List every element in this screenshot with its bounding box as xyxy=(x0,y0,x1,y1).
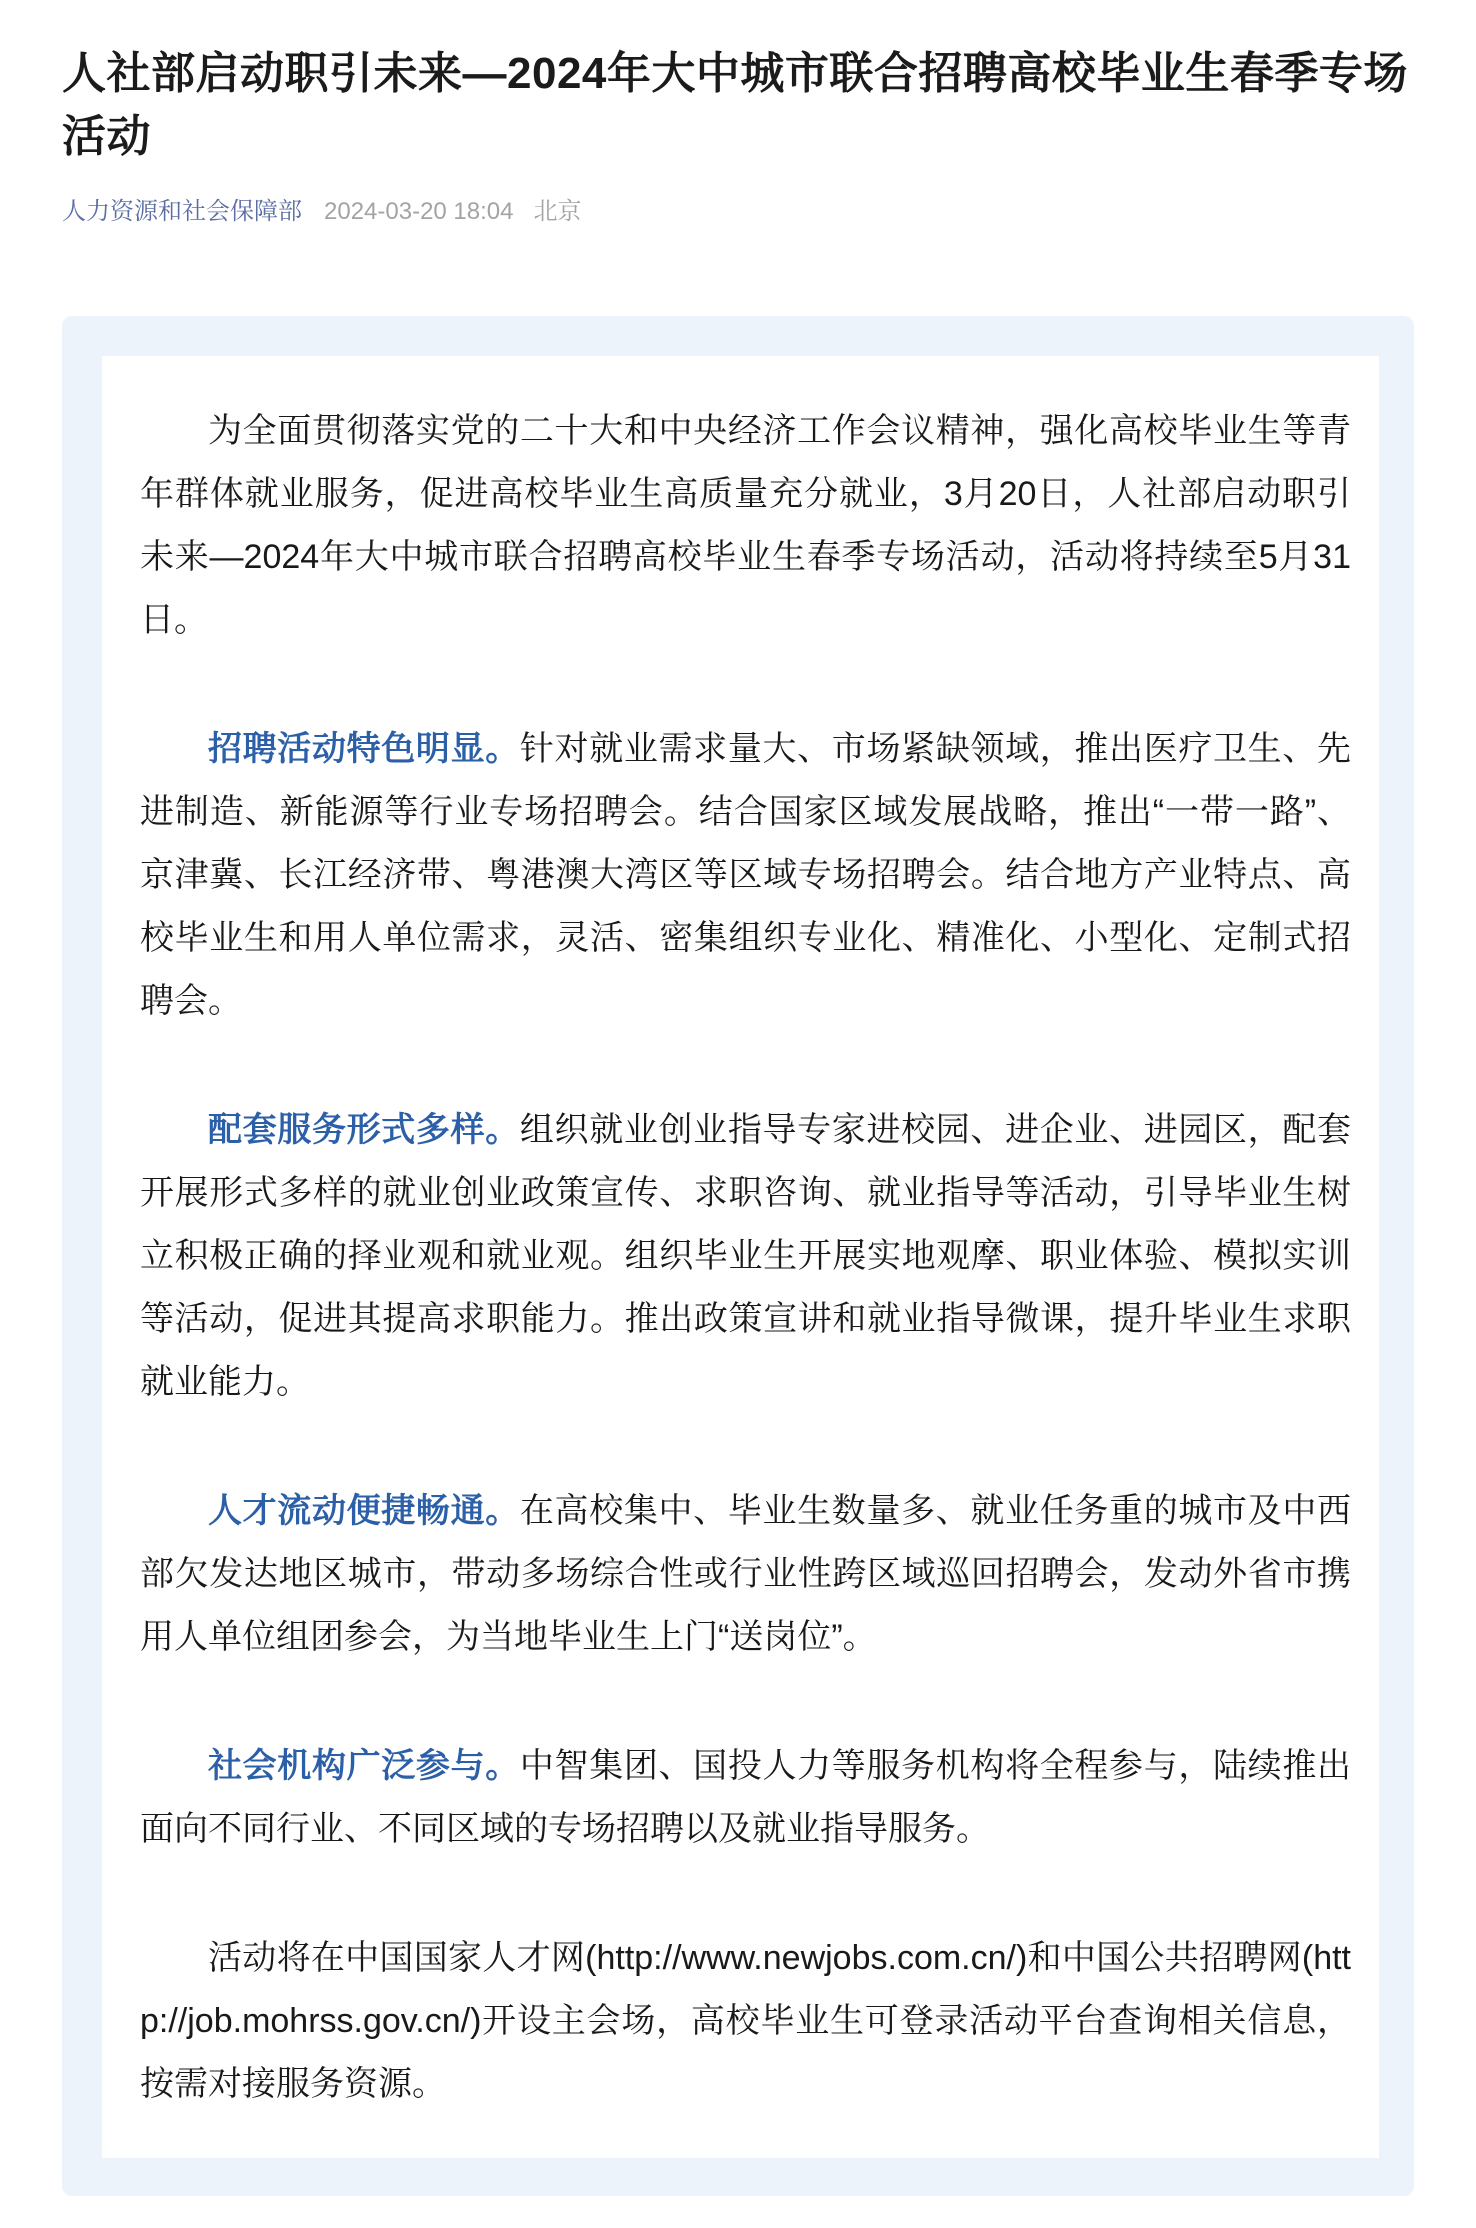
article-container: 为全面贯彻落实党的二十大和中央经济工作会议精神，强化高校毕业生等青年群体就业服务… xyxy=(62,316,1414,2196)
paragraph-talent-mobility: 人才流动便捷畅通。在高校集中、毕业生数量多、就业任务重的城市及中西部欠发达地区城… xyxy=(140,1480,1351,1669)
article-page: 人社部启动职引未来—2024年大中城市联合招聘高校毕业生春季专场活动 人力资源和… xyxy=(0,42,1476,2196)
article-title: 人社部启动职引未来—2024年大中城市联合招聘高校毕业生春季专场活动 xyxy=(62,42,1420,168)
paragraph-lead: 人才流动便捷畅通。 xyxy=(208,1492,520,1530)
paragraph-social-organizations: 社会机构广泛参与。中智集团、国投人力等服务机构将全程参与，陆续推出面向不同行业、… xyxy=(140,1735,1351,1861)
paragraph-text: 为全面贯彻落实党的二十大和中央经济工作会议精神，强化高校毕业生等青年群体就业服务… xyxy=(140,412,1351,639)
paragraph-text: 针对就业需求量大、市场紧缺领域，推出医疗卫生、先进制造、新能源等行业专场招聘会。… xyxy=(140,730,1351,1020)
paragraph-support-services: 配套服务形式多样。组织就业创业指导专家进校园、进企业、进园区，配套开展形式多样的… xyxy=(140,1099,1351,1414)
byline: 人力资源和社会保障部 2024-03-20 18:04 北京 xyxy=(62,196,1414,228)
article-body: 为全面贯彻落实党的二十大和中央经济工作会议精神，强化高校毕业生等青年群体就业服务… xyxy=(102,356,1379,2158)
paragraph-lead: 社会机构广泛参与。 xyxy=(208,1747,520,1785)
paragraph-lead: 配套服务形式多样。 xyxy=(208,1111,520,1149)
paragraph-recruiting-features: 招聘活动特色明显。针对就业需求量大、市场紧缺领域，推出医疗卫生、先进制造、新能源… xyxy=(140,718,1351,1033)
paragraph-lead: 招聘活动特色明显。 xyxy=(208,730,520,768)
publish-location: 北京 xyxy=(534,196,582,228)
paragraph-intro: 为全面贯彻落实党的二十大和中央经济工作会议精神，强化高校毕业生等青年群体就业服务… xyxy=(140,400,1351,652)
publish-time: 2024-03-20 18:04 xyxy=(324,196,514,228)
paragraph-text: 活动将在中国国家人才网(http://www.newjobs.com.cn/)和… xyxy=(140,1939,1351,2103)
paragraph-text: 组织就业创业指导专家进校园、进企业、进园区，配套开展形式多样的就业创业政策宣传、… xyxy=(140,1111,1351,1401)
paragraph-platforms: 活动将在中国国家人才网(http://www.newjobs.com.cn/)和… xyxy=(140,1927,1351,2116)
source-link[interactable]: 人力资源和社会保障部 xyxy=(62,196,302,228)
